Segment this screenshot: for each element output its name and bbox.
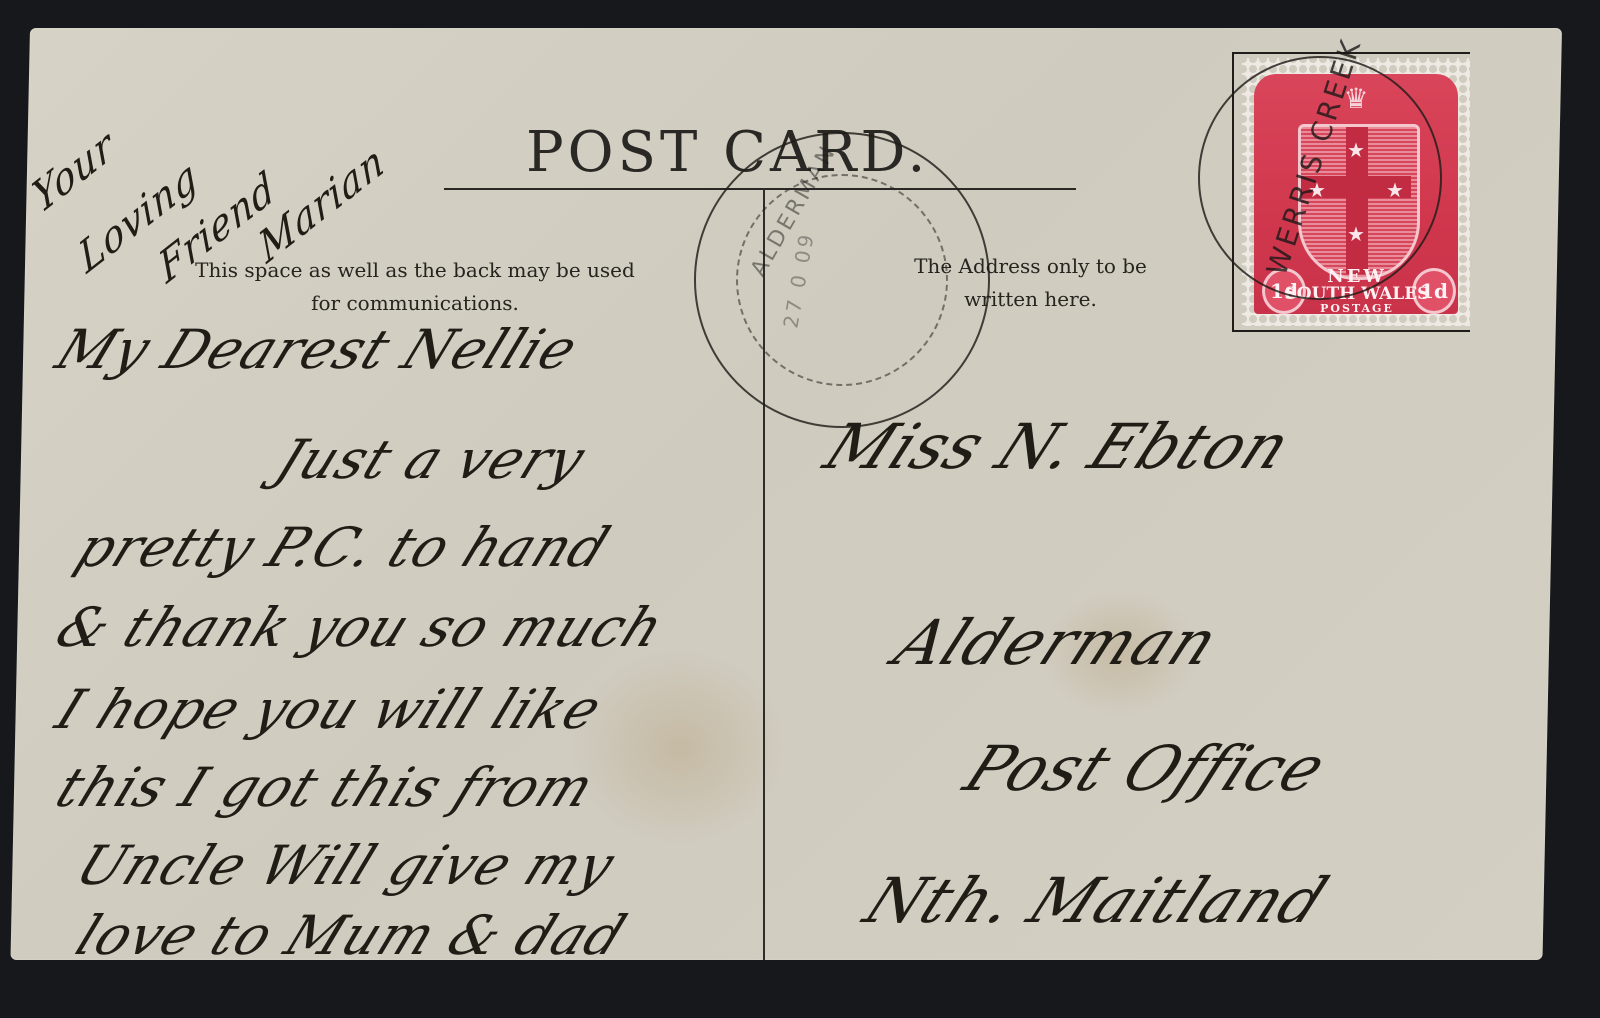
message-line: I hope you will like — [47, 678, 611, 741]
message-line: Just a very — [267, 428, 595, 491]
signature-word: Your — [27, 120, 119, 224]
address-line: Nth. Maitland — [854, 864, 1340, 937]
instruction-line: for communications. — [90, 287, 740, 320]
message-line: & thank you so much — [47, 596, 673, 659]
address-line: Post Office — [954, 732, 1338, 805]
postcard: POST CARD. This space as well as the bac… — [10, 28, 1562, 960]
message-line: Uncle Will give my — [67, 834, 624, 897]
message-line: love to Mum & dad — [67, 904, 635, 967]
message-line: pretty P.C. to hand — [67, 516, 619, 579]
stamp-label-postage: POSTAGE — [1262, 302, 1452, 315]
message-line: My Dearest Nellie — [47, 318, 587, 381]
address-line: Alderman — [884, 606, 1231, 679]
address-line: Miss N. Ebton — [814, 410, 1303, 483]
message-line: this I got this from — [47, 756, 604, 819]
